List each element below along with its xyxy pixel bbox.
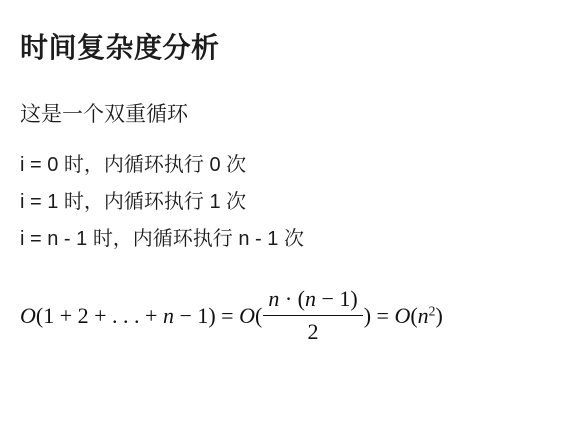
big-o-symbol: O <box>239 303 255 328</box>
numerator-close: − 1) <box>316 286 358 311</box>
formula-rhs-end: ) <box>435 303 442 328</box>
loop-line-i1: i = 1 时，内循环执行 1 次 <box>20 192 558 212</box>
variable-n: n <box>305 286 316 311</box>
complexity-formula: O(1 + 2 + . . . + n − 1) = O(n · (n − 1)… <box>20 286 558 345</box>
formula-lhs-close: − 1) = <box>174 303 239 328</box>
formula-rhs-open: ( <box>410 303 417 328</box>
intro-text: 这是一个双重循环 <box>20 104 558 126</box>
note-content: 时间复杂度分析 这是一个双重循环 i = 0 时，内循环执行 0 次 i = 1… <box>0 0 578 345</box>
formula-right-side: ) = O(n2) <box>364 303 443 329</box>
fraction-denominator: 2 <box>308 316 319 345</box>
variable-n: n <box>163 303 174 328</box>
loop-explanation-list: i = 0 时，内循环执行 0 次 i = 1 时，内循环执行 1 次 i = … <box>20 155 558 249</box>
variable-n: n <box>418 303 429 328</box>
numerator-operator: · ( <box>279 286 305 311</box>
big-o-symbol: O <box>20 303 36 328</box>
page-title: 时间复杂度分析 <box>20 33 558 63</box>
fraction-numerator: n · (n − 1) <box>263 286 362 316</box>
loop-line-i0: i = 0 时，内循环执行 0 次 <box>20 155 558 175</box>
big-o-symbol: O <box>394 303 410 328</box>
formula-fraction: n · (n − 1)2 <box>263 286 362 345</box>
formula-open-paren: ( <box>255 303 262 328</box>
variable-n: n <box>268 286 279 311</box>
formula-left-side: O(1 + 2 + . . . + n − 1) = O( <box>20 303 262 329</box>
loop-line-in1: i = n - 1 时，内循环执行 n - 1 次 <box>20 229 558 249</box>
formula-sum-terms: (1 + 2 + . . . + <box>36 303 163 328</box>
formula-rhs-equals: ) = <box>364 303 395 328</box>
